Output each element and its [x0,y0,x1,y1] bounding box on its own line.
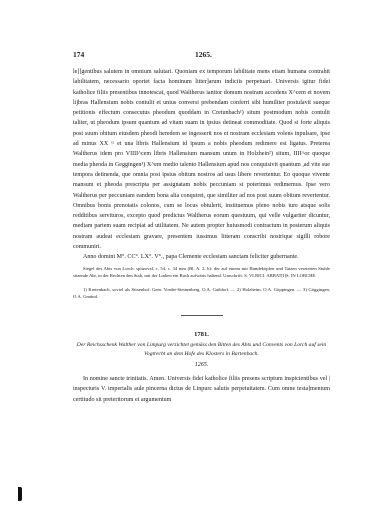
footnotes: 1) Kretenbach, soviel als Stixenhof, Gem… [73,286,330,301]
document-regest: Der Reichsschenk Walther von Limpurg ver… [73,341,330,359]
document-number: 1781. [73,331,330,338]
dating-clause: Anno domini M°. CC°. LX°. V°., papa Clem… [73,252,330,262]
section-divider [181,315,223,316]
document2-text: In nomine sancte trinitatis. Amen. Unive… [73,374,330,405]
charter-text: le]]gentibus salutem in omnium salutari.… [73,67,330,263]
document-year: 1265. [73,362,330,368]
document2-paragraph: In nomine sancte trinitatis. Amen. Unive… [73,374,330,405]
charter-paragraph: le]]gentibus salutem in omnium salutari.… [73,67,330,252]
page-number: 174 [73,50,84,59]
seal-description: Siegel des Abts von Lorch: spitzoval, c.… [73,265,330,280]
page-header: 174 1265. [73,50,330,62]
document-page: 174 1265. le]]gentibus salutem in omnium… [73,50,330,405]
header-year: 1265. [195,50,212,59]
scan-edge-mark [18,487,22,501]
